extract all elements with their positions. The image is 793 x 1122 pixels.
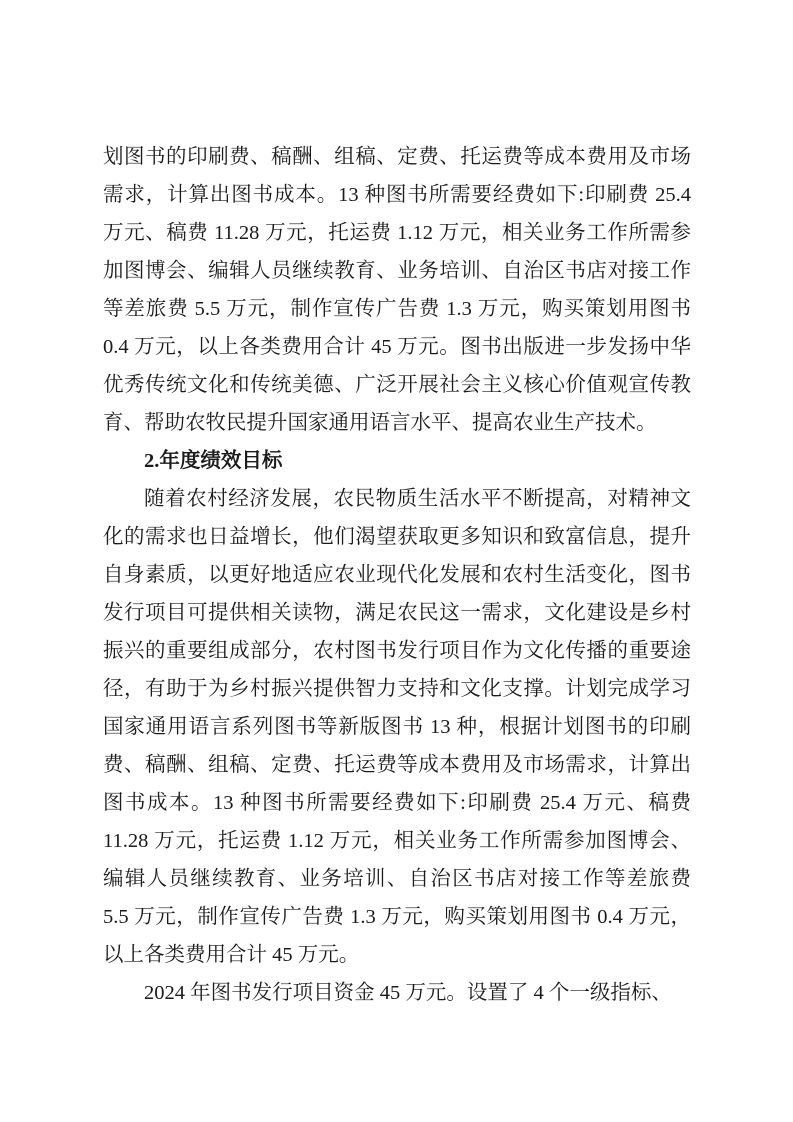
text-line: 需求，计算出图书成本。13 种图书所需要经费如下:印刷费 25.4 (103, 176, 691, 214)
text-line: 自身素质，以更好地适应农业现代化发展和农村生活变化，图书 (103, 556, 691, 594)
document-page: 划图书的印刷费、稿酬、组稿、定费、托运费等成本费用及市场 需求，计算出图书成本。… (0, 0, 793, 1122)
text-line: 0.4 万元，以上各类费用合计 45 万元。图书出版进一步发扬中华 (103, 328, 691, 366)
text-block: 划图书的印刷费、稿酬、组稿、定费、托运费等成本费用及市场 需求，计算出图书成本。… (103, 138, 691, 1012)
text-line: 编辑人员继续教育、业务培训、自治区书店对接工作等差旅费 (103, 860, 691, 898)
section-heading-annual-performance-goals: 2.年度绩效目标 (103, 442, 691, 480)
text-line: 国家通用语言系列图书等新版图书 13 种，根据计划图书的印刷 (103, 708, 691, 746)
paragraph-costs-continuation: 划图书的印刷费、稿酬、组稿、定费、托运费等成本费用及市场 需求，计算出图书成本。… (103, 138, 691, 442)
text-line: 2024 年图书发行项目资金 45 万元。设置了 4 个一级指标、 (103, 974, 691, 1012)
text-line: 费、稿酬、组稿、定费、托运费等成本费用及市场需求，计算出 (103, 746, 691, 784)
text-line: 发行项目可提供相关读物，满足农民这一需求，文化建设是乡村 (103, 594, 691, 632)
text-line: 径，有助于为乡村振兴提供智力支持和文化支撑。计划完成学习 (103, 670, 691, 708)
text-line: 划图书的印刷费、稿酬、组稿、定费、托运费等成本费用及市场 (103, 138, 691, 176)
text-line: 万元、稿费 11.28 万元，托运费 1.12 万元，相关业务工作所需参 (103, 214, 691, 252)
text-line: 振兴的重要组成部分，农村图书发行项目作为文化传播的重要途 (103, 632, 691, 670)
text-line: 5.5 万元，制作宣传广告费 1.3 万元，购买策划用图书 0.4 万元， (103, 898, 691, 936)
text-line: 优秀传统文化和传统美德、广泛开展社会主义核心价值观宣传教 (103, 366, 691, 404)
paragraph-annual-goals-body: 随着农村经济发展，农民物质生活水平不断提高，对精神文 化的需求也日益增长，他们渴… (103, 480, 691, 974)
text-line: 随着农村经济发展，农民物质生活水平不断提高，对精神文 (103, 480, 691, 518)
text-line: 以上各类费用合计 45 万元。 (103, 936, 691, 974)
text-line: 育、帮助农牧民提升国家通用语言水平、提高农业生产技术。 (103, 404, 691, 442)
text-line: 等差旅费 5.5 万元，制作宣传广告费 1.3 万元，购买策划用图书 (103, 290, 691, 328)
text-line: 11.28 万元，托运费 1.12 万元，相关业务工作所需参加图博会、 (103, 822, 691, 860)
text-line: 加图博会、编辑人员继续教育、业务培训、自治区书店对接工作 (103, 252, 691, 290)
paragraph-project-funding: 2024 年图书发行项目资金 45 万元。设置了 4 个一级指标、 (103, 974, 691, 1012)
text-line: 化的需求也日益增长，他们渴望获取更多知识和致富信息，提升 (103, 518, 691, 556)
text-line: 图书成本。13 种图书所需要经费如下:印刷费 25.4 万元、稿费 (103, 784, 691, 822)
